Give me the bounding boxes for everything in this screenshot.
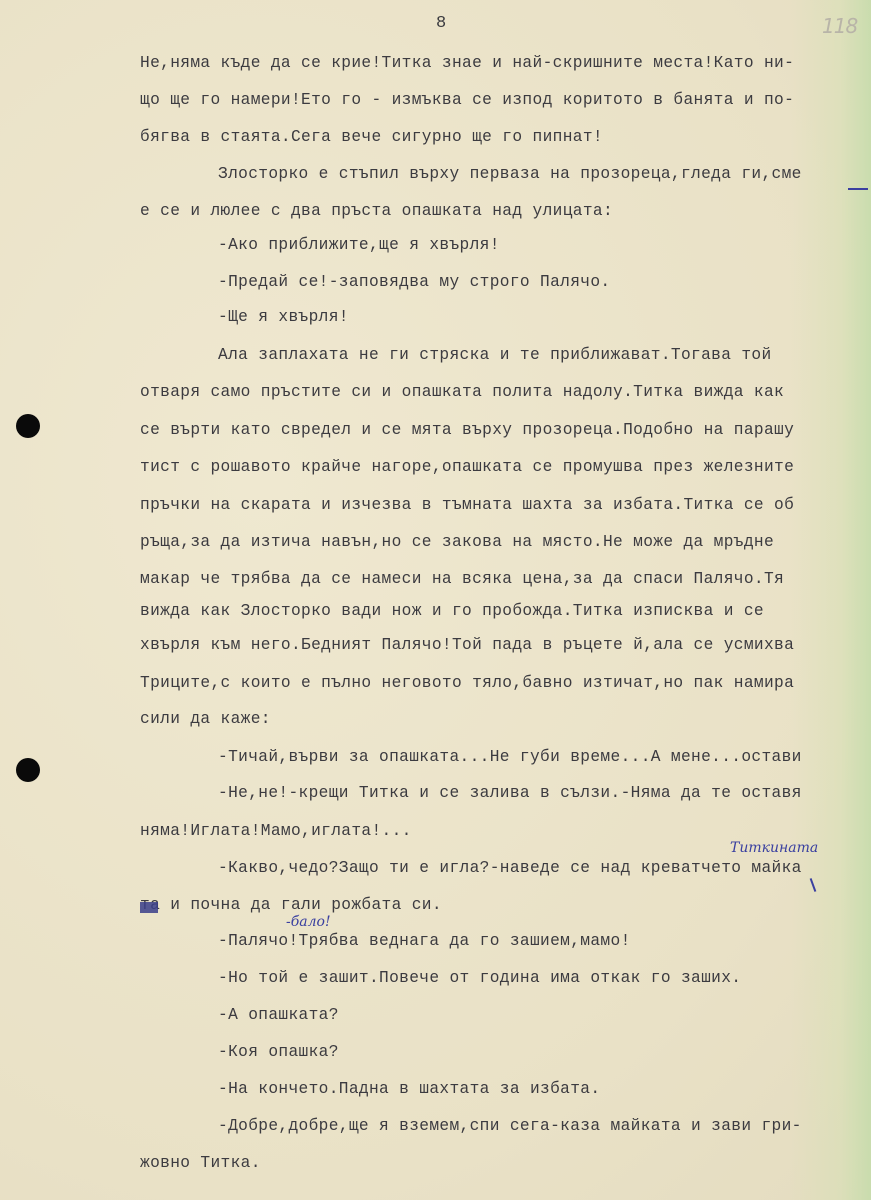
text-line: -А опашката?	[218, 1006, 339, 1024]
text-line: макар че трябва да се намеси на всяка це…	[140, 570, 784, 588]
text-line: Не,няма къде да се крие!Титка знае и най…	[140, 54, 794, 72]
text-line: се върти като свредел и се мята върху пр…	[140, 421, 794, 439]
text-line: -Коя опашка?	[218, 1043, 339, 1061]
handwritten-insert-titkinata: Титкината	[730, 840, 818, 856]
text-line: -Палячо!Трябва веднага да го зашием,мамо…	[218, 932, 631, 950]
text-line: Ала заплахата не ги стряска и те приближ…	[218, 346, 772, 364]
punch-hole-top	[16, 414, 40, 438]
ink-underline-mark	[848, 188, 868, 190]
text-line: бягва в стаята.Сега вече сигурно ще го п…	[140, 128, 603, 146]
strikeout-blot	[140, 902, 158, 913]
text-line: жовно Титка.	[140, 1154, 261, 1172]
text-line: -Ще я хвърля!	[218, 308, 349, 326]
text-line: -На кончето.Падна в шахтата за избата.	[218, 1080, 600, 1098]
text-line: -Добре,добре,ще я вземем,спи сега-каза м…	[218, 1117, 802, 1135]
text-line: -Предай се!-заповядва му строго Палячо.	[218, 273, 611, 291]
text-line: -Не,не!-крещи Титка и се залива в сълзи.…	[218, 784, 802, 802]
text-line: -Ако приближите,ще я хвърля!	[218, 236, 500, 254]
handwritten-insert-balo: -бало!	[286, 914, 331, 930]
punch-hole-bottom	[16, 758, 40, 782]
text-line: отваря само пръстите си и опашката полит…	[140, 383, 784, 401]
text-line: Злосторко е стъпил върху перваза на проз…	[218, 165, 802, 183]
text-line: вижда как Злосторко вади нож и го пробож…	[140, 602, 764, 620]
text-line: -Но той е зашит.Повече от година има отк…	[218, 969, 741, 987]
text-line: -Тичай,върви за опашката...Не губи време…	[218, 748, 802, 766]
archive-number: 118	[822, 14, 857, 38]
text-line: та и почна да гали рожбата си.	[140, 896, 442, 914]
text-line: Трицитe,с които е пълно неговото тяло,ба…	[140, 674, 794, 692]
text-line: хвърля към него.Бедният Палячо!Той пада …	[140, 636, 794, 654]
text-line: е се и люлее с два пръста опашката над у…	[140, 202, 613, 220]
text-line: пръчки на скарата и изчезва в тъмната ша…	[140, 496, 794, 514]
text-line: -Какво,чедо?Защо ти е игла?-наведе се на…	[218, 859, 802, 877]
text-line: тист с рошавото крайче нагоре,опашката с…	[140, 458, 794, 476]
text-line: няма!Иглата!Мамо,иглата!...	[140, 822, 412, 840]
text-line: ръща,за да изтича навън,но се закова на …	[140, 533, 774, 551]
page-number: 8	[436, 14, 446, 33]
text-line: що ще го намери!Ето го - измъква се изпо…	[140, 91, 794, 109]
text-line: сили да каже:	[140, 710, 271, 728]
